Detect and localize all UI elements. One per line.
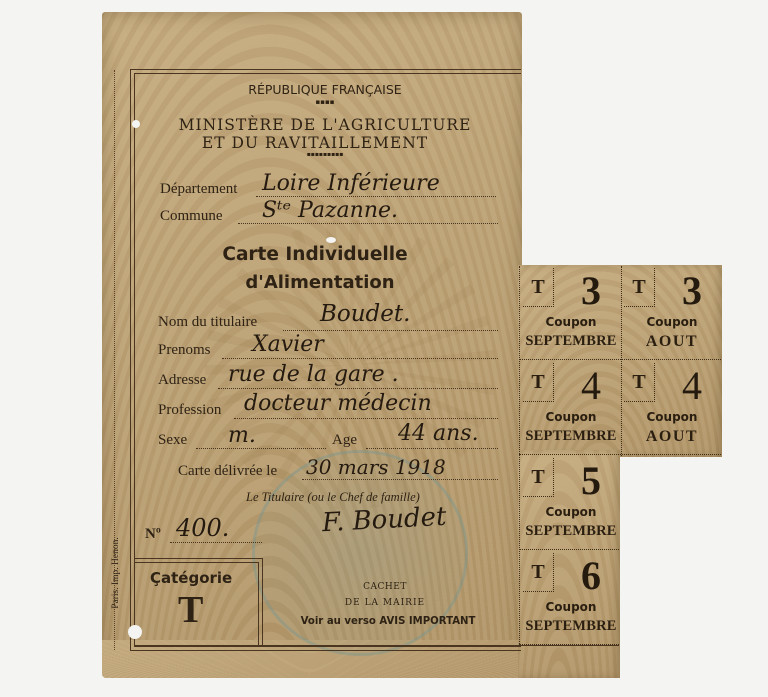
coupon-number: 5 [566, 457, 616, 504]
profession-value: docteur médecin [244, 391, 432, 416]
coupon-number: 3 [667, 267, 717, 314]
coupon-month: AOUT [621, 428, 723, 446]
adresse-label: Adresse [158, 372, 206, 389]
coupon-perforation [621, 266, 622, 456]
coupon-title: Coupon [621, 315, 723, 329]
coupon-category: T [523, 268, 554, 307]
card-bottom-rule [134, 645, 619, 646]
coupon-category: T [523, 458, 554, 497]
coupon-month: SEPTEMBRE [520, 428, 622, 445]
coupon-title: Coupon [520, 410, 622, 424]
important-notice: Voir au verso AVIS IMPORTANT [291, 614, 484, 627]
ministry-heading-line2: ET DU RAVITAILLEMENT [120, 134, 510, 152]
category-label: Çatégorie [150, 569, 232, 587]
coupon-perforation [519, 549, 619, 550]
profession-label: Profession [158, 402, 221, 419]
coupon-number: 4 [566, 362, 616, 409]
coupon-month: AOUT [621, 333, 723, 351]
coupon-3-septembre: T 3 Coupon SEPTEMBRE [520, 265, 622, 360]
tear-hole [132, 120, 140, 128]
coupon-category: T [624, 363, 655, 402]
departement-label: Département [160, 181, 237, 198]
coupon-title: Coupon [520, 315, 622, 329]
coupon-category: T [523, 553, 554, 592]
coupon-perforation [519, 266, 520, 644]
coupon-3-aout: T 3 Coupon AOUT [621, 265, 723, 360]
coupon-4-septembre: T 4 Coupon SEPTEMBRE [520, 360, 622, 455]
coupon-category: T [523, 363, 554, 402]
number-label: Nº [145, 526, 161, 543]
republic-heading: RÉPUBLIQUE FRANÇAISE [130, 82, 520, 97]
issued-label: Carte délivrée le [178, 463, 277, 480]
nom-value: Boudet. [320, 301, 410, 327]
header-separator: ▪▪▪▪ [130, 98, 520, 106]
age-label: Age [332, 432, 357, 449]
sexe-label: Sexe [158, 432, 187, 449]
coupon-4-aout: T 4 Coupon AOUT [621, 360, 723, 455]
cachet-line1: CACHET [290, 582, 480, 592]
prenoms-label: Prenoms [158, 342, 211, 359]
coupon-5-septembre: T 5 Coupon SEPTEMBRE [520, 455, 622, 550]
prenoms-value: Xavier [252, 332, 324, 357]
coupon-title: Coupon [520, 600, 622, 614]
printer-imprint: Paris. Imp. Henon. [111, 503, 121, 643]
sexe-value: m. [228, 423, 256, 448]
card-title-line2: d'Alimentation [150, 272, 490, 293]
commune-value: Sᵗᵉ Pazanne. [262, 198, 398, 223]
ministry-heading-line1: MINISTÈRE DE L'AGRICULTURE [130, 116, 520, 134]
coupon-perforation [519, 454, 721, 455]
card-title-line1: Carte Individuelle [150, 244, 480, 265]
coupon-month: SEPTEMBRE [520, 618, 622, 635]
category-value: T [178, 588, 203, 632]
coupon-month: SEPTEMBRE [520, 333, 622, 350]
cachet-line2: DE LA MAIRIE [290, 598, 480, 608]
coupon-number: 4 [667, 362, 717, 409]
tear-hole [326, 237, 336, 243]
adresse-value: rue de la gare . [228, 362, 399, 387]
coupon-number: 3 [566, 267, 616, 314]
commune-label: Commune [160, 208, 223, 225]
number-value: 400. [176, 514, 229, 542]
departement-value: Loire Inférieure [262, 171, 440, 196]
age-value: 44 ans. [398, 421, 479, 446]
header-separator-2: ▪▪▪▪▪▪▪▪▪ [130, 151, 520, 158]
coupon-number: 6 [566, 552, 616, 599]
nom-label: Nom du titulaire [158, 314, 257, 331]
coupon-title: Coupon [520, 505, 622, 519]
issued-date: 30 mars 1918 [306, 455, 446, 479]
coupon-perforation [519, 359, 721, 360]
titulaire-label: Le Titulaire (ou le Chef de famille) [246, 490, 420, 505]
tear-hole [128, 625, 142, 639]
coupon-month: SEPTEMBRE [520, 523, 622, 540]
coupon-title: Coupon [621, 410, 723, 424]
coupon-category: T [624, 268, 655, 307]
coupon-6-septembre: T 6 Coupon SEPTEMBRE [520, 550, 622, 645]
